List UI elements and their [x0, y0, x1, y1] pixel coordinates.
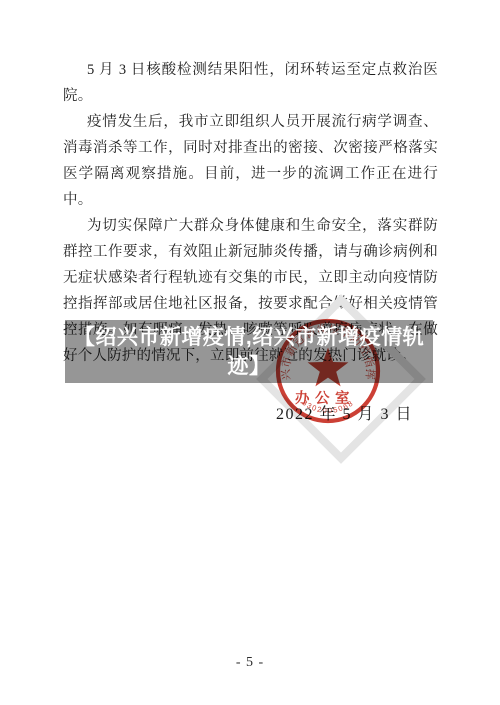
document-page: 5 月 3 日核酸检测结果阳性，闭环转运至定点救治医院。 疫情发生后，我市立即组… [0, 0, 500, 705]
headline-overlay-text: 【绍兴市新增疫情,绍兴市新增疫情轨 迹】 [65, 320, 433, 383]
paragraph-test-result: 5 月 3 日核酸检测结果阳性，闭环转运至定点救治医院。 [63, 57, 438, 109]
headline-line-2: 迹】 [228, 352, 271, 381]
page-number: - 5 - [0, 655, 500, 671]
headline-line-1: 【绍兴市新增疫情,绍兴市新增疫情轨 [74, 323, 424, 352]
paragraph-epidemic-response: 疫情发生后，我市立即组织人员开展流行病学调查、消毒消杀等工作，同时对排查出的密接… [63, 109, 438, 213]
issue-date: 2022 年 5 月 3 日 [276, 401, 413, 424]
